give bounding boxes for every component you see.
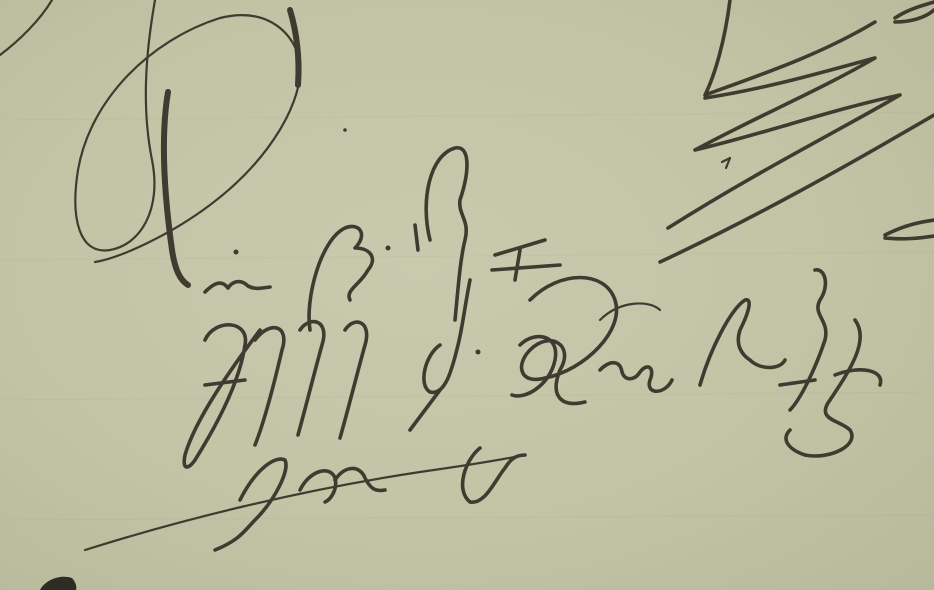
margin-stroke (0, 0, 52, 55)
crossing-out-strokes (660, 0, 934, 262)
handwriting-line-1 (205, 148, 560, 330)
handwriting-strokes (0, 0, 934, 590)
manuscript-photo: A in b(e)z(ahl)t Ssss d. Dnob. sh fm 6 (… (0, 0, 934, 590)
capital-letter-a (75, 0, 300, 285)
handwriting-line-2 (184, 270, 880, 467)
ink-blot (40, 577, 76, 590)
handwriting-line-3-struck (85, 448, 525, 550)
